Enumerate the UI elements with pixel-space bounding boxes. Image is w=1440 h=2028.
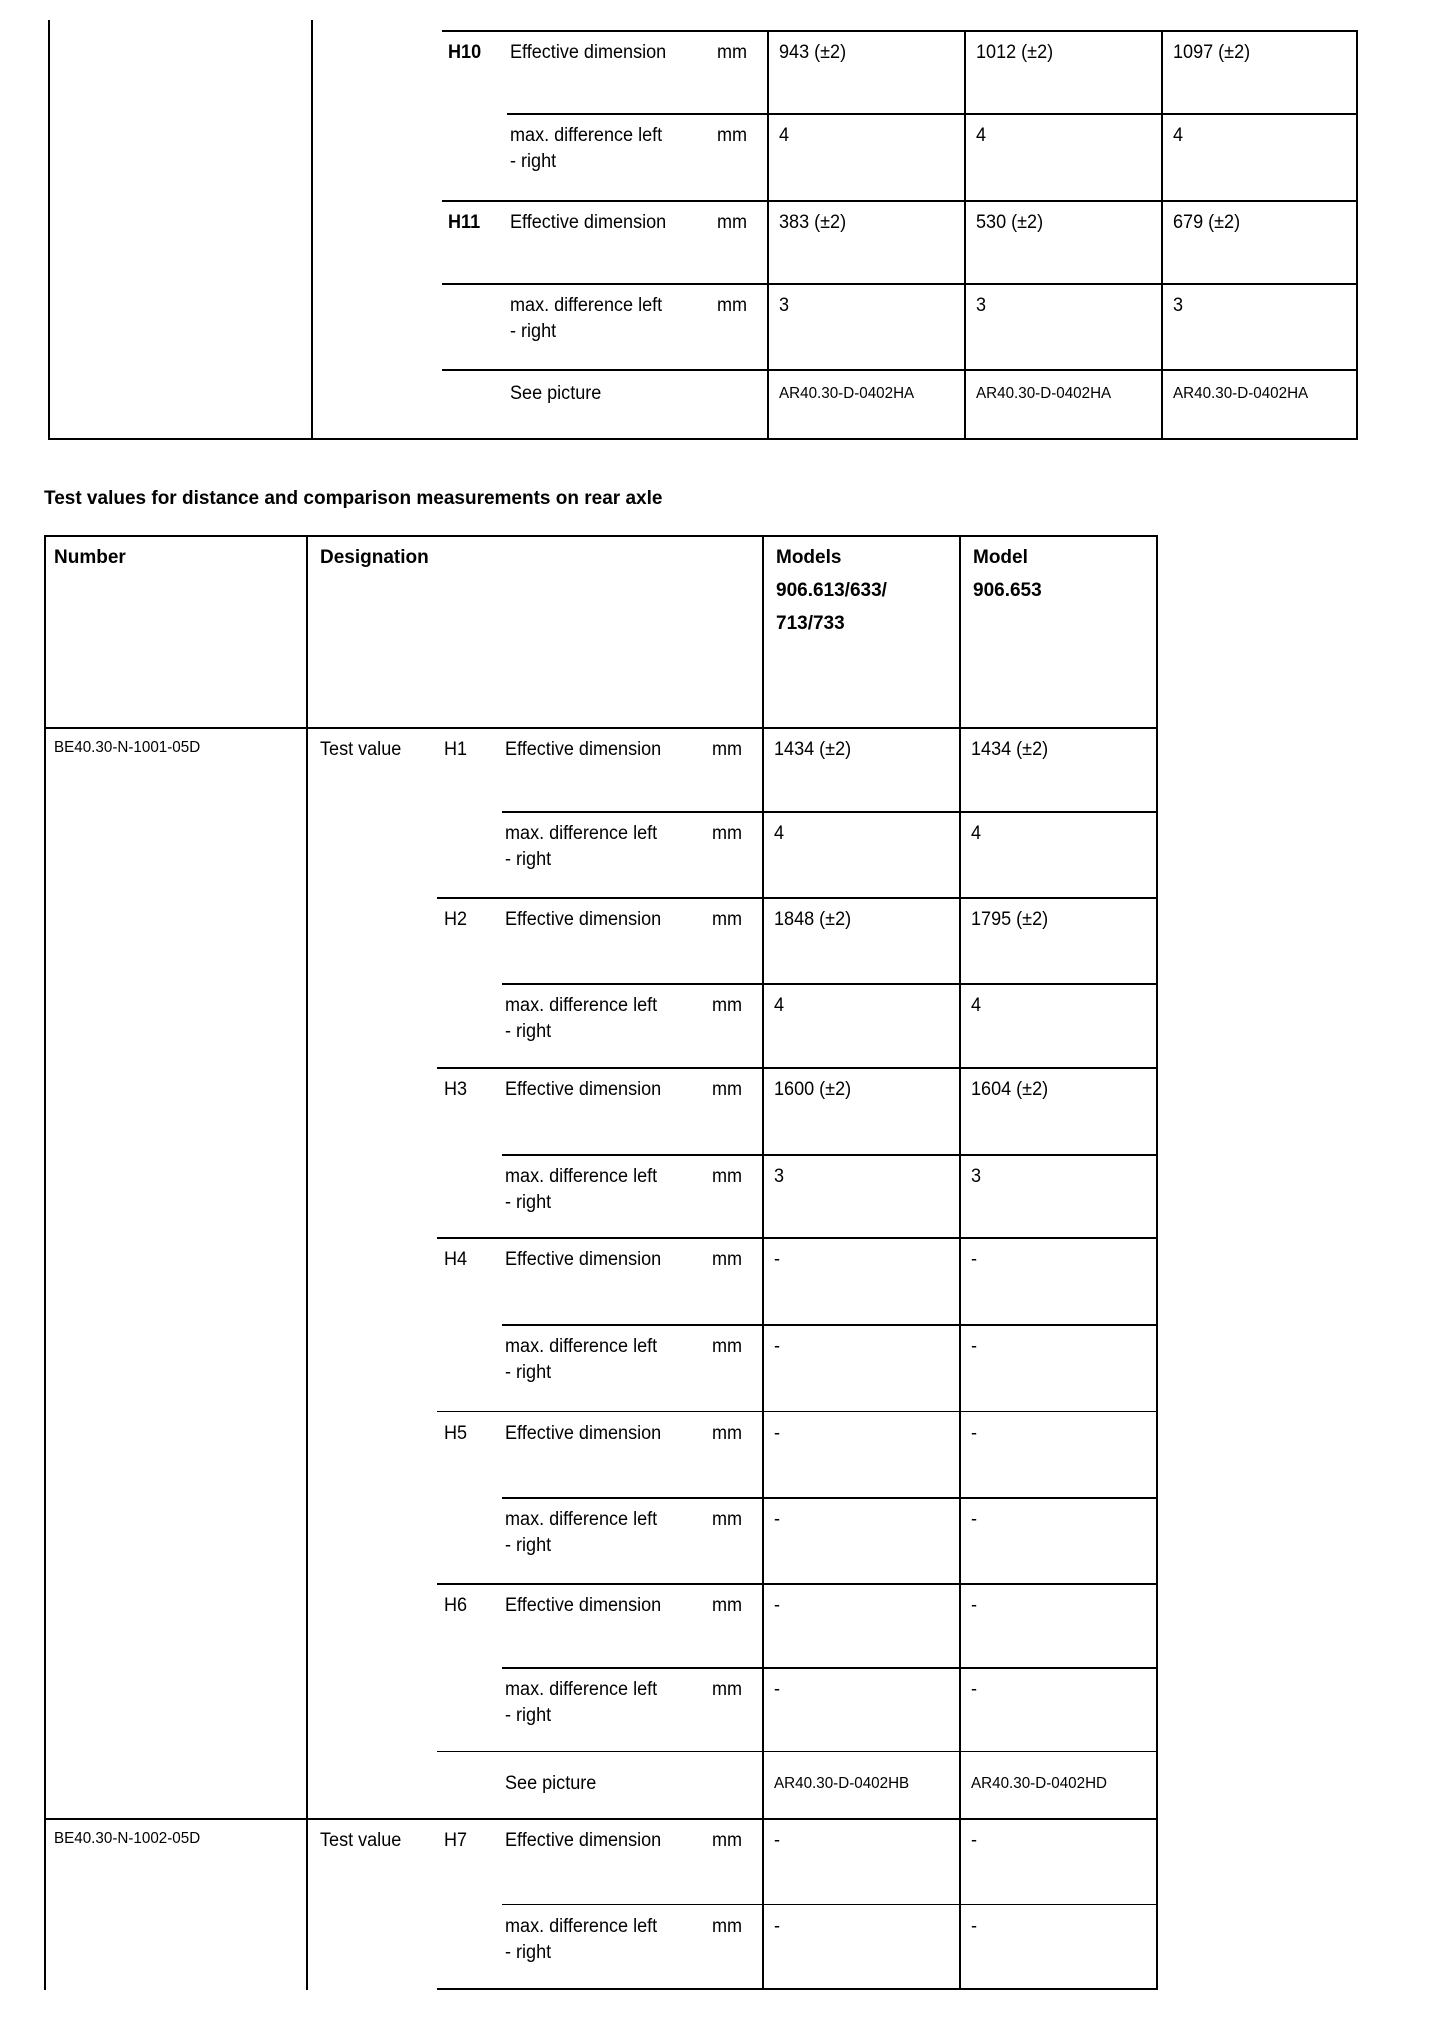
unit-label: mm [717,293,747,319]
measurement-value: - [971,1421,977,1447]
table-rule [437,1067,1158,1069]
table-rule [502,1904,1158,1905]
measurement-label: max. difference left - right [510,293,662,345]
unit-label: mm [712,1593,742,1619]
measurement-code: H10 [448,40,481,66]
unit-label: mm [712,1914,742,1940]
table-rule [502,1667,1158,1669]
measurement-code: H5 [444,1421,467,1447]
section-heading: Test values for distance and comparison … [44,488,662,510]
measurement-label: Effective dimension [505,907,661,933]
table-rule [48,438,1358,440]
table-rule [442,200,1358,202]
measurement-label: Effective dimension [505,1421,661,1447]
table-rule [44,727,1158,729]
table-rule [507,113,1358,115]
unit-label: mm [717,210,747,236]
measurement-value: - [774,1507,780,1533]
table-rule [964,30,966,440]
table-rule [762,535,764,1990]
measurement-code: H3 [444,1077,467,1103]
measurement-value: 679 (±2) [1173,210,1240,236]
picture-reference: AR40.30-D-0402HA [1173,383,1308,405]
see-picture-label: See picture [505,1771,596,1797]
measurement-value: 530 (±2) [976,210,1043,236]
measurement-value: - [971,1828,977,1854]
unit-label: mm [712,821,742,847]
table-rule [1161,30,1163,440]
measurement-code: H2 [444,907,467,933]
unit-label: mm [712,1164,742,1190]
measurement-value: - [774,1334,780,1360]
table-rule [437,1411,1158,1412]
table-rule [1156,535,1158,1990]
table-rule [502,1154,1158,1156]
measurement-value: - [971,1593,977,1619]
test-number: BE40.30-N-1002-05D [54,1828,200,1850]
table-rule [502,1324,1158,1326]
measurement-label: Effective dimension [505,1077,661,1103]
measurement-label: max. difference left - right [505,821,657,873]
measurement-label: max. difference left - right [505,1164,657,1216]
table-rule [44,535,1158,537]
measurement-value: - [971,1914,977,1940]
measurement-value: 1604 (±2) [971,1077,1048,1103]
unit-label: mm [712,993,742,1019]
measurement-value: - [971,1334,977,1360]
column-header-model-1: Models 906.613/633/ 713/733 [776,541,887,640]
table-rule [502,1497,1158,1499]
measurement-label: max. difference left - right [505,1507,657,1559]
measurement-value: - [971,1247,977,1273]
measurement-value: - [774,1247,780,1273]
table-rule [437,1751,1158,1752]
table-rule [311,20,313,440]
table-rule [437,1237,1158,1239]
measurement-label: Effective dimension [505,1247,661,1273]
column-header-designation: Designation [320,541,429,574]
measurement-code: H4 [444,1247,467,1273]
measurement-value: 1097 (±2) [1173,40,1250,66]
measurement-value: 3 [774,1164,784,1190]
measurement-value: 3 [976,293,986,319]
unit-label: mm [712,737,742,763]
picture-reference: AR40.30-D-0402HA [779,383,914,405]
measurement-label: Effective dimension [505,1593,661,1619]
table-rule [437,1583,1158,1585]
table-rule [767,30,769,440]
picture-reference: AR40.30-D-0402HA [976,383,1111,405]
table-rule [44,535,46,1990]
measurement-value: - [774,1677,780,1703]
unit-label: mm [712,1677,742,1703]
measurement-label: Effective dimension [510,40,666,66]
measurement-label: max. difference left - right [505,993,657,1045]
unit-label: mm [712,1507,742,1533]
measurement-value: 383 (±2) [779,210,846,236]
measurement-value: 4 [976,123,986,149]
picture-reference: AR40.30-D-0402HD [971,1773,1107,1795]
unit-label: mm [712,1421,742,1447]
measurement-code: H6 [444,1593,467,1619]
measurement-value: 1012 (±2) [976,40,1053,66]
designation-label: Test value [320,1828,401,1854]
table-rule [442,30,1358,32]
measurement-code: H11 [448,210,480,236]
unit-label: mm [717,40,747,66]
table-rule [959,535,961,1990]
test-number: BE40.30-N-1001-05D [54,737,200,759]
table-rule [442,283,1358,285]
table-rule [1356,30,1358,440]
measurement-value: 4 [774,993,784,1019]
measurement-value: 4 [1173,123,1183,149]
picture-reference: AR40.30-D-0402HB [774,1773,909,1795]
measurement-label: Effective dimension [505,737,661,763]
table-rule [437,897,1158,899]
measurement-value: 1848 (±2) [774,907,851,933]
measurement-label: Effective dimension [505,1828,661,1854]
see-picture-label: See picture [510,381,601,407]
unit-label: mm [712,1828,742,1854]
measurement-value: 4 [971,993,981,1019]
measurement-value: 1795 (±2) [971,907,1048,933]
measurement-value: - [971,1507,977,1533]
table-rule [502,983,1158,985]
measurement-value: - [774,1593,780,1619]
measurement-value: 3 [779,293,789,319]
table-rule [306,535,308,1990]
unit-label: mm [712,907,742,933]
table-rule [442,369,1358,371]
unit-label: mm [717,123,747,149]
measurement-value: 3 [1173,293,1183,319]
table-rule [502,811,1158,813]
measurement-value: - [774,1828,780,1854]
table-rule [437,1988,1158,1990]
measurement-label: max. difference left - right [510,123,662,175]
measurement-value: 1434 (±2) [971,737,1048,763]
column-header-number: Number [54,541,126,574]
measurement-value: - [971,1677,977,1703]
measurement-value: 1434 (±2) [774,737,851,763]
measurement-value: 4 [971,821,981,847]
table-rule [44,1818,1158,1820]
measurement-label: max. difference left - right [505,1334,657,1386]
measurement-value: - [774,1421,780,1447]
table-rule [48,20,50,440]
measurement-code: H1 [444,737,467,763]
unit-label: mm [712,1247,742,1273]
column-header-model-2: Model 906.653 [973,541,1042,607]
designation-label: Test value [320,737,401,763]
unit-label: mm [712,1334,742,1360]
measurement-value: 1600 (±2) [774,1077,851,1103]
measurement-label: Effective dimension [510,210,666,236]
measurement-label: max. difference left - right [505,1914,657,1966]
measurement-value: 4 [779,123,789,149]
measurement-value: 4 [774,821,784,847]
measurement-value: 943 (±2) [779,40,846,66]
measurement-label: max. difference left - right [505,1677,657,1729]
measurement-value: 3 [971,1164,981,1190]
measurement-value: - [774,1914,780,1940]
measurement-code: H7 [444,1828,467,1854]
unit-label: mm [712,1077,742,1103]
